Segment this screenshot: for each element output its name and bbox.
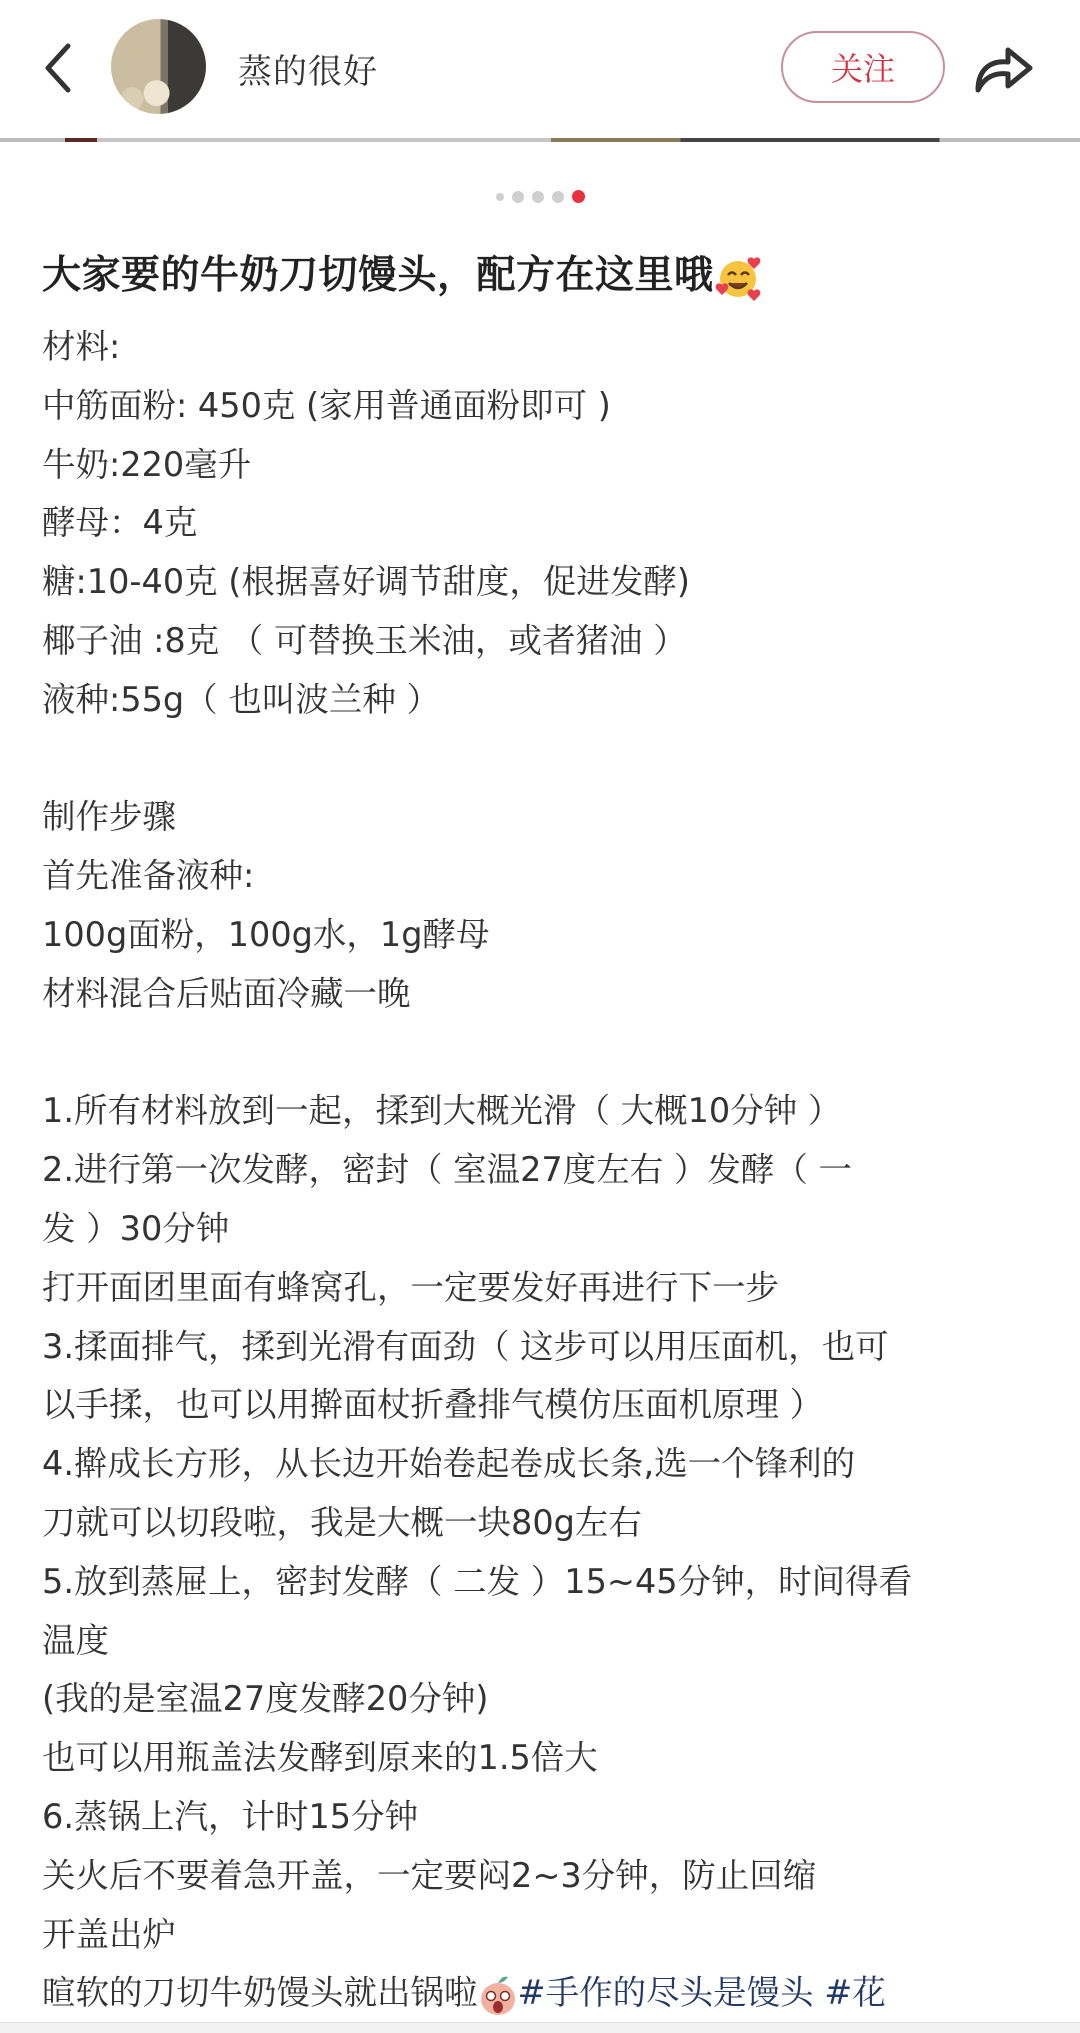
steamed-bun-emoji-icon bbox=[478, 1973, 518, 2017]
follow-button[interactable]: 关注 bbox=[781, 31, 945, 103]
hashtag-link[interactable]: #花 bbox=[824, 1973, 886, 2012]
hashtag-link[interactable]: #手作的尽头是馒头 bbox=[518, 1973, 814, 2012]
carousel-dot[interactable] bbox=[512, 191, 524, 203]
carousel-dot[interactable] bbox=[552, 191, 564, 203]
body-line: 制作步骤 bbox=[42, 788, 1052, 847]
body-line: 开盖出炉 bbox=[42, 1906, 1052, 1965]
body-line: 3.揉面排气，揉到光滑有面劲（ 这步可以用压面机，也可 bbox=[42, 1318, 1052, 1377]
smiling-face-with-hearts-icon bbox=[714, 253, 764, 303]
body-line: 刀就可以切段啦，我是大概一块80g左右 bbox=[42, 1494, 1052, 1553]
body-line: 2.进行第一次发酵，密封（ 室温27度左右 ）发酵（ 一 bbox=[42, 1141, 1052, 1200]
body-line: 1.所有材料放到一起，揉到大概光滑（ 大概10分钟 ） bbox=[42, 1082, 1052, 1141]
body-line: 以手揉，也可以用擀面杖折叠排气模仿压面机原理 ） bbox=[42, 1376, 1052, 1435]
body-line: 打开面团里面有蜂窝孔，一定要发好再进行下一步 bbox=[42, 1259, 1052, 1318]
body-line: (我的是室温27度发酵20分钟) bbox=[42, 1670, 1052, 1729]
post-title: 大家要的牛奶刀切馒头，配方在这里哦 bbox=[42, 244, 764, 303]
post-title-text: 大家要的牛奶刀切馒头，配方在这里哦 bbox=[42, 253, 714, 298]
body-line: 关火后不要着急开盖，一定要闷2~3分钟，防止回缩 bbox=[42, 1847, 1052, 1906]
body-line: 5.放到蒸屉上，密封发酵（ 二发 ）15~45分钟，时间得看 bbox=[42, 1553, 1052, 1612]
body-text: 暄软的刀切牛奶馒头就出锅啦 bbox=[42, 1973, 478, 2012]
share-icon[interactable] bbox=[970, 40, 1036, 96]
author-name[interactable]: 蒸的很好 bbox=[238, 44, 378, 93]
body-line: 6.蒸锅上汽，计时15分钟 bbox=[42, 1788, 1052, 1847]
bottom-edge bbox=[0, 2022, 1080, 2033]
body-line: 也可以用瓶盖法发酵到原来的1.5倍大 bbox=[42, 1729, 1052, 1788]
body-line: 温度 bbox=[42, 1612, 1052, 1671]
body-line: 100g面粉，100g水，1g酵母 bbox=[42, 906, 1052, 965]
body-line: 中筋面粉: 450克 (家用普通面粉即可 ) bbox=[42, 377, 1052, 436]
back-arrow-icon[interactable] bbox=[38, 40, 78, 96]
body-line: 材料: bbox=[42, 318, 1052, 377]
body-line: 材料混合后贴面冷藏一晚 bbox=[42, 965, 1052, 1024]
body-line: 液种:55g（ 也叫波兰种 ） bbox=[42, 671, 1052, 730]
image-edge-strip bbox=[0, 138, 1080, 142]
blank-line bbox=[42, 730, 1052, 789]
body-line: 首先准备液种: bbox=[42, 847, 1052, 906]
author-avatar[interactable] bbox=[111, 19, 206, 114]
post-body: 材料: 中筋面粉: 450克 (家用普通面粉即可 ) 牛奶:220毫升 酵母：4… bbox=[42, 318, 1052, 2023]
carousel-dot-active[interactable] bbox=[572, 190, 585, 203]
body-line: 糖:10-40克 (根据喜好调节甜度，促进发酵) bbox=[42, 553, 1052, 612]
body-line: 牛奶:220毫升 bbox=[42, 436, 1052, 495]
top-bar: 蒸的很好 关注 bbox=[0, 0, 1080, 140]
body-line: 椰子油 :8克 （ 可替换玉米油，或者猪油 ） bbox=[42, 612, 1052, 671]
carousel-dot[interactable] bbox=[532, 191, 544, 203]
carousel-dot[interactable] bbox=[496, 193, 504, 201]
blank-line bbox=[42, 1024, 1052, 1083]
carousel-indicator bbox=[0, 190, 1080, 203]
body-line: 酵母：4克 bbox=[42, 494, 1052, 553]
body-line: 发 ）30分钟 bbox=[42, 1200, 1052, 1259]
body-last-line: 暄软的刀切牛奶馒头就出锅啦 #手作的尽头是馒头 #花 bbox=[42, 1964, 1052, 2023]
body-line: 4.擀成长方形，从长边开始卷起卷成长条,选一个锋利的 bbox=[42, 1435, 1052, 1494]
